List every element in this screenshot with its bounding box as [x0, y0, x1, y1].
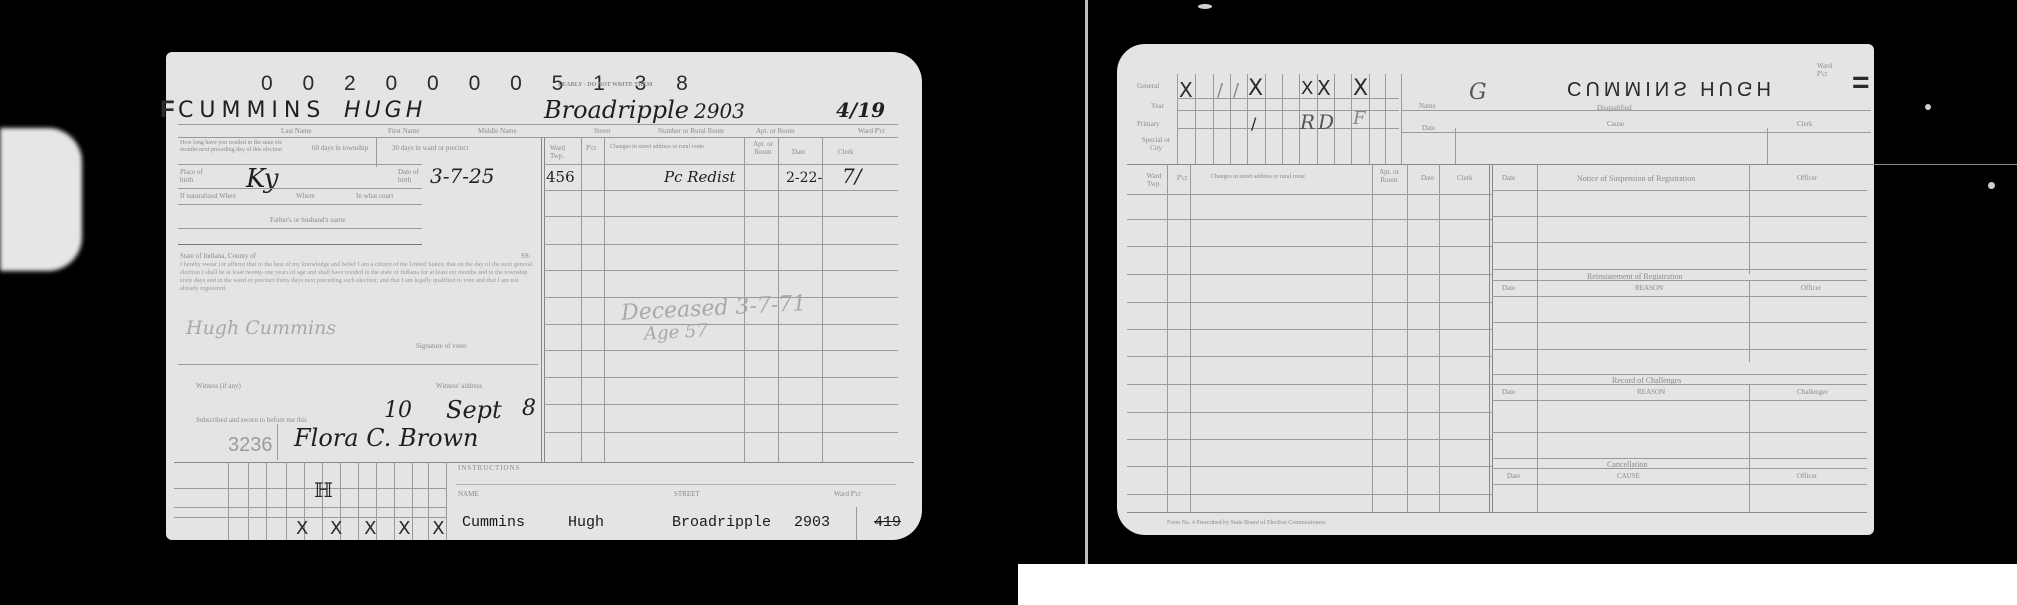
label-signature: Signature of voter: [416, 342, 467, 350]
house-number-handwritten: 2903: [694, 99, 745, 123]
primary-mark: R: [1300, 110, 1315, 134]
label-street-footer: STREET: [674, 490, 700, 498]
back-col-clerk: Clerk: [1457, 174, 1473, 182]
form-footer: Form No. 4 Prescribed by State Board of …: [1167, 520, 1326, 526]
back-col-apt: Apt. or Room: [1375, 168, 1403, 184]
challenges-col-date: Date: [1502, 388, 1515, 396]
stamp-number: 3236: [228, 434, 273, 457]
date-of-birth: 3-7-25: [430, 164, 494, 188]
label-middle-name: Middle Name: [478, 127, 517, 135]
typed-ward-pct: 419: [874, 514, 901, 531]
name-mark: G: [1469, 80, 1487, 105]
row-change: Pc Redist: [664, 168, 736, 186]
col-changes: Changes in street address or rural route: [610, 144, 704, 150]
label-days-township: 60 days in township: [312, 144, 372, 152]
label-place-of-birth: Place of birth: [180, 168, 210, 184]
label-witness: Witness (if any): [196, 382, 241, 390]
row-label-primary: Primary: [1137, 120, 1160, 128]
row-date: 2-22-: [786, 170, 822, 186]
col-clerk: Clerk: [838, 148, 854, 156]
reinstatement-col-officer: Officer: [1801, 284, 1821, 292]
primary-mark: ℍ: [314, 478, 333, 502]
stamp-prefix: =: [1852, 66, 1870, 100]
label-ward-pct-back: Ward P'ct: [1817, 62, 1843, 78]
general-mark: /: [1233, 80, 1239, 101]
row-label-general: General: [1137, 82, 1159, 90]
col-pct: P'ct: [586, 144, 596, 152]
dust-speck: [1198, 4, 1212, 9]
label-apt-room: Apt. or Room: [756, 127, 795, 135]
sworn-year: 8: [522, 396, 536, 421]
label-witness-address: Witness' address: [436, 382, 482, 390]
label-date: Date: [1422, 124, 1435, 132]
general-mark: /: [1217, 80, 1223, 101]
col-apt-room: Apt. or Room: [749, 140, 777, 156]
cancellation-col-date: Date: [1507, 472, 1520, 480]
sworn-month: Sept: [446, 396, 502, 424]
label-where: Where: [296, 192, 315, 200]
label-disqualified: Disqualified: [1597, 104, 1632, 112]
label-last-name: Last Name: [281, 127, 312, 135]
back-col-date: Date: [1421, 174, 1434, 182]
label-sworn: Subscribed and sworn to before me this: [196, 416, 307, 424]
blank-overlay-region: [1018, 564, 2017, 605]
label-instructions: INSTRUCTIONS: [458, 464, 521, 472]
sworn-day: 10: [384, 398, 412, 423]
label-first-name: First Name: [388, 127, 419, 135]
ward-pct-handwritten: 4/19: [836, 98, 885, 122]
cancellation-col-officer: Officer: [1797, 472, 1817, 480]
general-mark: X: [1353, 76, 1368, 101]
typed-street: Broadripple: [672, 514, 771, 531]
col-ward-twp: Ward Twp.: [550, 144, 580, 160]
back-col-ward: Ward Twp.: [1141, 172, 1167, 188]
row-label-special: Special or City: [1141, 136, 1171, 152]
cancellation-col-cause: CAUSE: [1617, 472, 1640, 480]
typed-number: 2903: [794, 514, 830, 531]
label-naturalized: If naturalized When: [180, 192, 236, 200]
row-label-year: Year: [1151, 102, 1164, 110]
label-days-ward: 30 days in ward or precinct: [392, 144, 472, 152]
back-col-pct: P'ct: [1177, 174, 1187, 182]
voter-signature: Hugh Cummins: [186, 317, 336, 339]
label-ward-pct: Ward P'ct: [858, 127, 885, 135]
label-state-line: State of Indiana, County of: [180, 252, 256, 260]
dust-speck: [1988, 182, 1995, 189]
label-father-husband: Father's or husband's name: [270, 216, 345, 224]
last-name-handwritten: CUMMINS: [178, 98, 326, 123]
label-residence-question: How long have you resided in the state s…: [180, 140, 300, 154]
suspension-title: Notice of Suspension of Registration: [1577, 174, 1695, 183]
label-cause: Cause: [1607, 120, 1624, 128]
primary-mark: F: [1353, 108, 1366, 129]
reinstatement-col-reason: REASON: [1635, 284, 1663, 292]
registration-card-front: 0 0 2 0 0 0 0 5 1 3 8 LEARLY - DO NOT WR…: [166, 52, 922, 540]
row-clerk: 7/: [842, 164, 861, 188]
suspension-col-date: Date: [1502, 174, 1515, 182]
typed-first-name: Hugh: [568, 514, 604, 531]
upside-down-name-stamp: CUMMINS HUGH: [1567, 76, 1775, 99]
general-mark: X: [1317, 76, 1331, 100]
label-ss: SS:: [521, 252, 531, 260]
general-mark: X: [1301, 78, 1313, 99]
general-mark: X: [1179, 78, 1193, 102]
frame-divider: [1085, 0, 1088, 565]
first-name-handwritten: HUGH: [344, 98, 426, 123]
header-notice: LEARLY - DO NOT WRITE THEM: [558, 82, 652, 88]
label-date-of-birth: Date of birth: [398, 168, 422, 184]
back-col-changes: Changes in street address or rural route: [1211, 174, 1305, 180]
typed-last-name: Cummins: [462, 514, 525, 531]
row-ward: 456: [546, 168, 575, 186]
suspension-col-officer: Officer: [1797, 174, 1817, 182]
registration-card-back: General Year Primary Special or City X /…: [1117, 44, 1874, 535]
reinstatement-col-date: Date: [1502, 284, 1515, 292]
label-ward-footer: Ward P'ct: [834, 490, 861, 498]
primary-mark: D: [1318, 110, 1334, 134]
label-court: In what court: [356, 192, 393, 200]
adjacent-frame-edge: [0, 128, 82, 271]
age-annotation: Age 57: [643, 320, 708, 344]
election-x-marks: X X X X X: [296, 518, 453, 539]
primary-mark: /: [1251, 114, 1256, 133]
place-of-birth: Ky: [246, 164, 278, 194]
dust-speck: [1925, 104, 1931, 110]
oath-paragraph: I hereby swear (or affirm) that to the b…: [180, 261, 536, 293]
prefix-mark: F: [160, 96, 175, 124]
label-name-footer: NAME: [458, 490, 479, 498]
label-clerk-back: Clerk: [1797, 120, 1813, 128]
label-name: Name: [1419, 102, 1436, 110]
col-date: Date: [792, 148, 805, 156]
challenges-col-challenger: Challenger: [1797, 388, 1828, 396]
label-street: Street: [594, 127, 610, 135]
challenges-col-reason: REASON: [1637, 388, 1665, 396]
general-mark: X: [1248, 76, 1263, 101]
street-handwritten: Broadripple: [544, 96, 689, 124]
clerk-signature: Flora C. Brown: [294, 424, 479, 452]
label-number: Number or Rural Route: [658, 127, 724, 135]
